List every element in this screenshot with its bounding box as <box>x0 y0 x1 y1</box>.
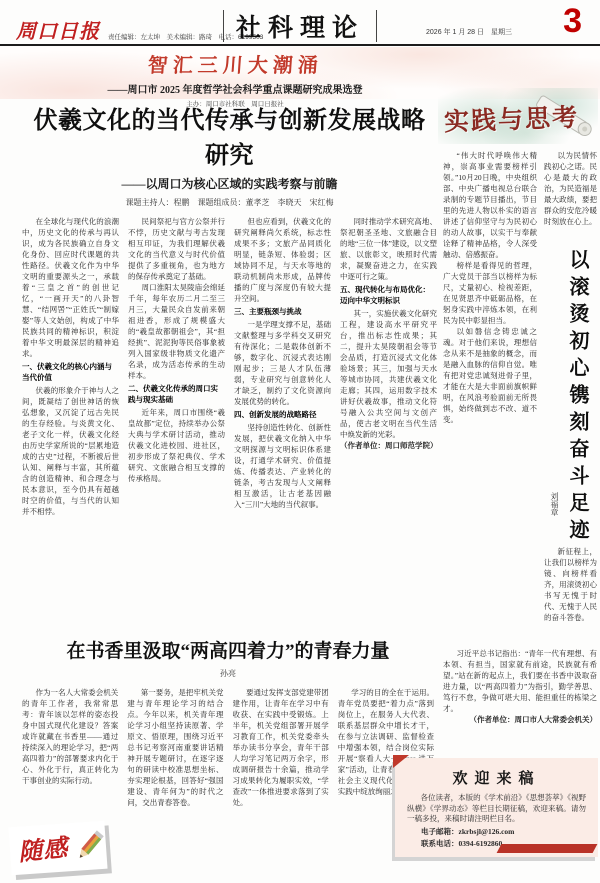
author-attribution: （作者单位：周口市人大常委会机关） <box>443 714 597 725</box>
body-paragraph: 但也应看到，伏羲文化的研究阐释尚欠系统，标志性成果不多；文旅产品同质化明显，链条… <box>234 216 331 304</box>
bottom-column-2: 第一要务，是把牢机关党建与青年理论学习的结合点。今年以来，机关青年理论学习小组坚… <box>127 687 223 881</box>
body-paragraph: 一是学理支撑不足，基础文献整理与多学科交叉研究有待深化；二是载体创新不够，数字化… <box>234 319 331 407</box>
bottom-essay-author: 孙亮 <box>22 668 434 679</box>
body-paragraph: 坚持创造性转化、创新性发展，把伏羲文化纳入中华文明探源与文明标识体系建设，打通学… <box>234 422 331 510</box>
divider-bar-left <box>223 10 224 42</box>
bottom-column-1: 作为一名人大常委会机关的青年工作者，我常常思考：青年该以怎样的姿态投身中国式现代… <box>22 687 118 805</box>
submission-title: 欢迎来稿 <box>395 758 598 788</box>
commentary-author: 刘福章 <box>549 492 560 516</box>
article-subhead: 四、创新发展的战略路径 <box>234 409 331 420</box>
body-paragraph: 同时推动学术研究高地、祭祀朝圣圣地、文旅融合目的地“三位一体”建设，以文塑旅、以… <box>340 216 437 282</box>
body-paragraph: 要通过发挥支部党建带团建作用，让青年在学习中有收获、在实践中受锻炼。上半年，机关… <box>233 687 329 808</box>
commentary-right-top: 以为民情怀践初心之诺。民心是最大的政治，为民造福是最大政绩，要把群众的安危冷暖时… <box>544 150 597 249</box>
bottom-essay-column-5: 习近平总书记指出：“青年一代有理想、有本领、有担当，国家就有前途，民族就有希望。… <box>443 648 597 754</box>
ribbon-accent <box>497 844 598 853</box>
feature-column-4: 同时推动学术研究高地、祭祀朝圣圣地、文旅融合目的地“三位一体”建设，以文塑旅、以… <box>340 216 437 676</box>
pencil-icon <box>68 826 110 866</box>
feature-headline: 伏羲文化的当代传承与创新发展战略研究 <box>22 100 437 170</box>
commentary-article: “伟大时代呼唤伟大精神，崇高事业需要榜样引领。”10月20日晚，中央组织部、中央… <box>443 150 597 642</box>
body-paragraph: 新征程上，让我们以榜样为镜、向榜样看齐，用滚烫初心书写无愧于时代、无愧于人民的奋… <box>544 546 597 623</box>
divider-bar-right <box>376 10 377 42</box>
practice-header-graphic: 实践与思考 <box>438 88 598 144</box>
feature-column-1: 在全球化与现代化的浪潮中，历史文化的传承与再认识，成为各民族确立自身文化身份、回… <box>22 216 119 676</box>
corner-flag-icon <box>393 755 409 768</box>
body-paragraph: 以如磐信念铸忠诚之魂。对于他们来说，理想信念从来不是抽象的概念，而是融入血脉的信… <box>443 326 537 425</box>
feature-column-3: 但也应看到，伏羲文化的研究阐释尚欠系统，标志性成果不多；文旅产品同质化明显，链条… <box>234 216 331 676</box>
article-subhead: 一、伏羲文化的核心内涵与当代价值 <box>22 361 119 383</box>
body-paragraph: 民间祭祀与官方公祭并行不悖，历史文献与考古发现相互印证，为我们理解伏羲文化的当代… <box>128 216 225 282</box>
page-header: 周口日报 责任编辑：左太坤 美术编辑：路琦 电话：6199503 社科理论 20… <box>0 0 600 46</box>
author-attribution: （作者单位：周口师范学院） <box>340 440 437 451</box>
banner-title: 智汇三川大潮涌 <box>146 49 323 78</box>
section-title: 社科理论 <box>236 8 364 44</box>
body-paragraph: 其一，实施伏羲文化研究工程，建设高水平研究平台，推出标志性成果；其二，提升太昊陵… <box>340 308 437 440</box>
page-number: 3 <box>563 2 582 41</box>
section-title-group: 社科理论 <box>223 8 377 44</box>
newspaper-masthead: 周口日报 <box>16 15 100 44</box>
feature-column-2: 民间祭祀与官方公祭并行不悖，历史文献与考古发现相互印证，为我们理解伏羲文化的当代… <box>128 216 225 676</box>
article-subhead: 五、现代转化与布局优化：迈向中华文明标识 <box>340 284 437 306</box>
body-paragraph: 周口淮阳太昊陵庙会绵延千年，每年农历二月二至三月三，大量民众自发前来朝祖进香，形… <box>128 282 225 381</box>
article-subhead: 三、主要瓶颈与挑战 <box>234 306 331 317</box>
commentary-column-right: 以为民情怀践初心之诺。民心是最大的政治，为民造福是最大政绩，要把群众的安危冷暖时… <box>544 150 597 642</box>
bottom-column-3: 要通过发挥支部党建带团建作用，让青年在学习中有收获、在实践中受锻炼。上半年，机关… <box>233 687 329 881</box>
feature-credits: 课题主持人：程鹏 课题组成员：董孝芝 李晓天 宋红梅 <box>22 197 437 208</box>
submission-body: 各位读者，本版的《学术前沿》《思想荟萃》《视野纵横》《学界动态》等栏目长期征稿，… <box>395 788 598 825</box>
newspaper-page: 周口日报 责任编辑：左太坤 美术编辑：路琦 电话：6199503 社科理论 20… <box>0 0 600 883</box>
commentary-column-left: “伟大时代呼唤伟大精神，崇高事业需要榜样引领。”10月20日晚，中央组织部、中央… <box>443 150 537 642</box>
issue-date: 2026 年 1 月 28 日 星期三 <box>426 27 512 37</box>
feature-subtitle: ——以周口为核心区域的实践考察与前瞻 <box>22 175 437 192</box>
body-paragraph: 作为一名人大常委会机关的青年工作者，我常常思考：青年该以怎样的姿态投身中国式现代… <box>22 687 118 786</box>
body-paragraph: 榜样是看得见的哲理，广大党员干部当以榜样为标尺，丈量初心、检视差距，在见贤思齐中… <box>443 260 537 326</box>
body-paragraph: 习近平总书记指出：“青年一代有理想、有本领、有担当，国家就有前途，民族就有希望。… <box>443 648 597 714</box>
commentary-vertical-headline: 以滚烫初心镌刻奋斗足迹 <box>563 249 592 546</box>
practice-column-label: 实践与思考 <box>443 98 579 139</box>
body-paragraph: 在全球化与现代化的浪潮中，历史文化的传承与再认识，成为各民族确立自身文化身份、回… <box>22 216 119 359</box>
submission-email: 电子邮箱：zkrbsjl@126.com <box>395 825 598 837</box>
suigan-graphic: 随感 <box>2 820 116 880</box>
feature-body: 在全球化与现代化的浪潮中，历史文化的传承与再认识，成为各民族确立自身文化身份、回… <box>22 216 437 676</box>
body-paragraph: 第一要务，是把牢机关党建与青年理论学习的结合点。今年以来，机关青年理论学习小组坚… <box>127 687 223 808</box>
body-paragraph: 近年来，周口市围绕“羲皇故都”定位，持续举办公祭大典与学术研讨活动，推动伏羲文化… <box>128 407 225 484</box>
banner-subtitle: ——周口市 2025 年度哲学社会科学重点课题研究成果选登 <box>0 81 470 96</box>
bottom-essay-headline: 在书香里汲取“两高四着力”的青春力量 <box>22 636 434 663</box>
feature-article: 伏羲文化的当代传承与创新发展战略研究 ——以周口为核心区域的实践考察与前瞻 课题… <box>22 100 437 676</box>
article-subhead: 二、伏羲文化传承的周口实践与现实基础 <box>128 383 225 405</box>
body-paragraph: 以为民情怀践初心之诺。民心是最大的政治，为民造福是最大政绩，要把群众的安危冷暖时… <box>544 150 597 227</box>
body-paragraph: 伏羲的形象介于神与人之间，既凝结了创世神话的恢弘想象，又沉淀了远古先民的生存经验… <box>22 385 119 517</box>
commentary-right-bottom: 新征程上，让我们以榜样为镜、向榜样看齐，用滚烫初心书写无愧于时代、无愧于人民的奋… <box>544 546 597 642</box>
body-paragraph: “伟大时代呼唤伟大精神，崇高事业需要榜样引领。”10月20日晚，中央组织部、中央… <box>443 150 537 260</box>
suigan-label: 随感 <box>16 827 69 867</box>
submission-box: 欢迎来稿 各位读者，本版的《学术前沿》《思想荟萃》《视野纵横》《学界动态》等栏目… <box>395 758 598 857</box>
vertical-headline-group: 刘福章 以滚烫初心镌刻奋斗足迹 <box>544 249 597 546</box>
